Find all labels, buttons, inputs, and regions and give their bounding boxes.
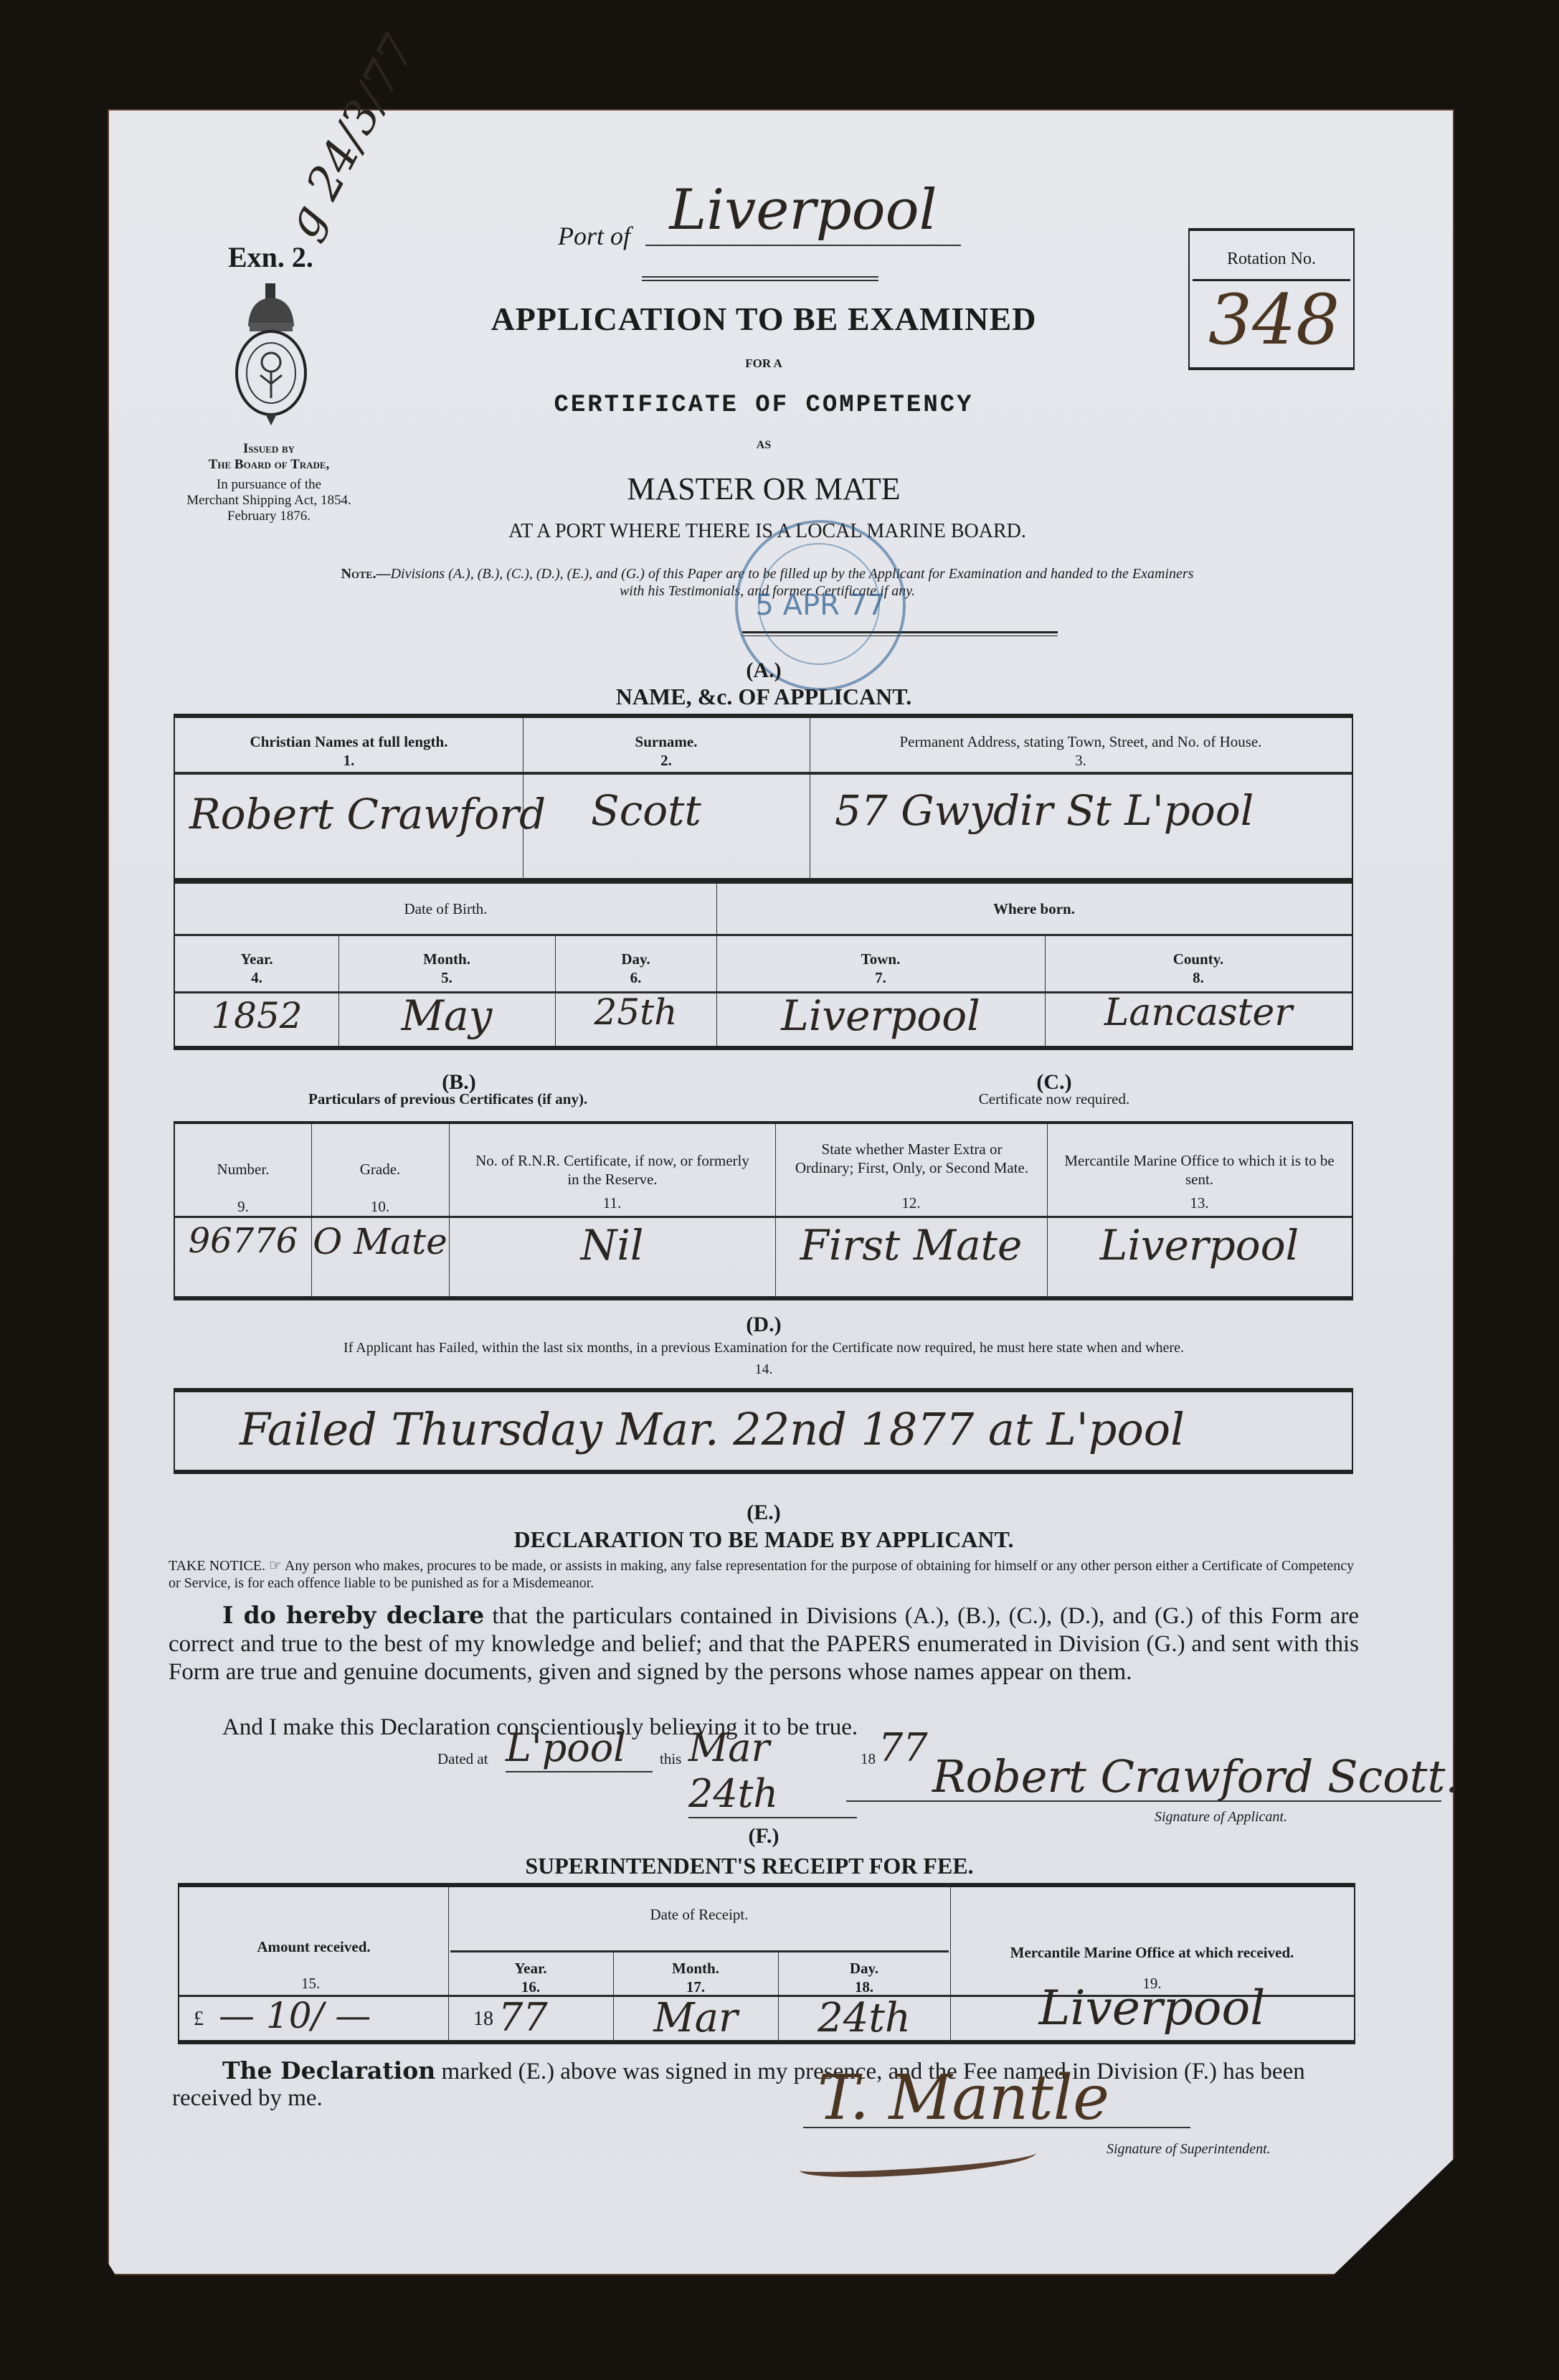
pointing-hand-icon: ☞ — [269, 1557, 282, 1574]
certificate-required-field[interactable]: First Mate — [775, 1221, 1047, 1270]
rotation-label: Rotation No. — [1190, 250, 1353, 269]
applicant-signature-label: Signature of Applicant. — [1155, 1809, 1287, 1826]
port-value: Liverpool — [645, 176, 961, 246]
year-header: Year.4. — [175, 950, 338, 987]
declaration-title: DECLARATION TO BE MADE BY APPLICANT. — [387, 1526, 1140, 1553]
surname-field[interactable]: Scott — [591, 786, 701, 835]
fee-receipt-table: Amount received. 15. Date of Receipt. Ye… — [178, 1883, 1355, 2044]
division-d-number: 14. — [387, 1361, 1140, 1378]
superintendent-attestation: The Declaration marked (E.) above was si… — [172, 2057, 1355, 2112]
failed-exam-box: Failed Thursday Mar. 22nd 1877 at L'pool — [174, 1388, 1353, 1474]
receipt-day-field[interactable]: 24th — [778, 1995, 950, 2041]
number-header: Number.9. — [175, 1160, 311, 1216]
title-for-a: FOR A — [387, 356, 1140, 371]
title-role: MASTER OR MATE — [387, 471, 1140, 507]
date-of-receipt-header: Date of Receipt. — [448, 1905, 950, 1924]
division-d-instruction: If Applicant has Failed, within the last… — [172, 1340, 1355, 1356]
amount-currency: £ — [194, 2008, 204, 2031]
birth-month-field[interactable]: May — [338, 991, 555, 1040]
dated-at-field[interactable]: L'pool — [506, 1725, 653, 1772]
birth-year-field[interactable]: 1852 — [175, 995, 338, 1036]
birth-county-field[interactable]: Lancaster — [1045, 991, 1352, 1034]
dated-this-field[interactable]: Mar 24th — [688, 1725, 857, 1818]
birth-town-field[interactable]: Liverpool — [716, 991, 1045, 1040]
failed-exam-field[interactable]: Failed Thursday Mar. 22nd 1877 at L'pool — [240, 1403, 1185, 1455]
where-born-header: Where born. — [716, 899, 1352, 918]
send-to-office-field[interactable]: Liverpool — [1047, 1221, 1352, 1270]
address-header: Permanent Address, stating Town, Street,… — [810, 732, 1352, 770]
rnr-certificate-field[interactable]: Nil — [449, 1221, 775, 1270]
receipt-office-field[interactable]: Liverpool — [950, 1980, 1354, 2036]
amount-received-field[interactable]: — 10/ — — [219, 1995, 371, 2036]
superintendent-signature[interactable]: T. Mantle — [818, 2062, 1109, 2134]
receipt-day-header: Day.18. — [778, 1959, 950, 1996]
rotation-number: 348 — [1208, 280, 1340, 360]
surname-header: Surname.2. — [523, 732, 810, 770]
birth-details-table: Date of Birth. Where born. Year.4. Month… — [174, 881, 1353, 1050]
form-title: APPLICATION TO BE EXAMINED — [387, 300, 1140, 338]
title-certificate: CERTIFICATE OF COMPETENCY — [387, 392, 1140, 419]
port-underline — [642, 276, 878, 281]
applicant-signature[interactable]: Robert Crawford Scott. — [932, 1750, 1459, 1803]
previous-cert-grade-field[interactable]: O Mate — [311, 1221, 449, 1262]
rnr-header: No. of R.N.R. Certificate, if now, or fo… — [469, 1151, 756, 1189]
form-code: Exn. 2. — [228, 240, 313, 274]
division-c-title: Certificate now required. — [875, 1090, 1233, 1108]
address-field[interactable]: 57 Gwydir St L'pool — [835, 786, 1254, 835]
day-header: Day.6. — [555, 950, 716, 987]
title-as: AS — [387, 439, 1140, 452]
marine-office-header: Mercantile Marine Office to which it is … — [1061, 1151, 1337, 1189]
birth-day-field[interactable]: 25th — [555, 991, 716, 1033]
receipt-office-header: Mercantile Marine Office at which receiv… — [950, 1943, 1354, 1962]
declaration-year-field[interactable]: 77 — [878, 1725, 928, 1770]
previous-cert-number-field[interactable]: 96776 — [175, 1221, 311, 1261]
division-a-title: NAME, &c. OF APPLICANT. — [387, 684, 1140, 710]
year-prefix: 18 — [861, 1750, 876, 1768]
amount-header: Amount received. — [179, 1937, 448, 1956]
board-of-trade-seal-icon — [228, 283, 314, 427]
month-header: Month.5. — [338, 950, 555, 987]
christian-names-field[interactable]: Robert Crawford — [189, 790, 546, 839]
christian-names-header: Christian Names at full length.1. — [175, 732, 523, 770]
issuer-block: Issued by The Board of Trade, In pursuan… — [161, 441, 376, 524]
rotation-box: Rotation No. 348 — [1188, 228, 1355, 370]
dob-header: Date of Birth. — [175, 899, 716, 918]
receipt-year-prefix: 18 — [473, 2008, 493, 2031]
receipt-year-header: Year.16. — [448, 1959, 613, 1996]
division-a-letter: (A.) — [387, 658, 1140, 683]
take-notice-block: TAKE NOTICE. ☞ Any person who makes, pro… — [169, 1557, 1359, 1592]
declaration-text: I do hereby declare that the particulars… — [169, 1601, 1359, 1686]
receipt-month-field[interactable]: Mar — [613, 1995, 778, 2041]
dated-at-label: Dated at — [437, 1750, 488, 1768]
receipt-month-header: Month.17. — [613, 1959, 778, 1996]
superintendent-signature-label: Signature of Superintendent. — [1107, 2141, 1271, 2158]
applicant-name-table: Christian Names at full length.1. Surnam… — [174, 714, 1353, 882]
dated-this-label: this — [660, 1750, 681, 1768]
county-header: County.8. — [1045, 950, 1352, 987]
port-label: Port of — [558, 221, 630, 251]
receipt-title: SUPERINTENDENT'S RECEIPT FOR FEE. — [373, 1853, 1126, 1879]
certificates-table: Number.9. Grade.10. No. of R.N.R. Certif… — [174, 1121, 1353, 1300]
receipt-year-field[interactable]: 77 — [498, 1995, 548, 2040]
grade-header: Grade.10. — [311, 1160, 449, 1216]
division-e-letter: (E.) — [387, 1501, 1140, 1525]
division-f-letter: (F.) — [387, 1824, 1140, 1848]
division-b-title: Particulars of previous Certificates (if… — [308, 1090, 587, 1108]
town-header: Town.7. — [716, 950, 1045, 987]
division-d-letter: (D.) — [387, 1313, 1140, 1337]
certificate-type-header: State whether Master Extra or Ordinary; … — [792, 1140, 1032, 1177]
